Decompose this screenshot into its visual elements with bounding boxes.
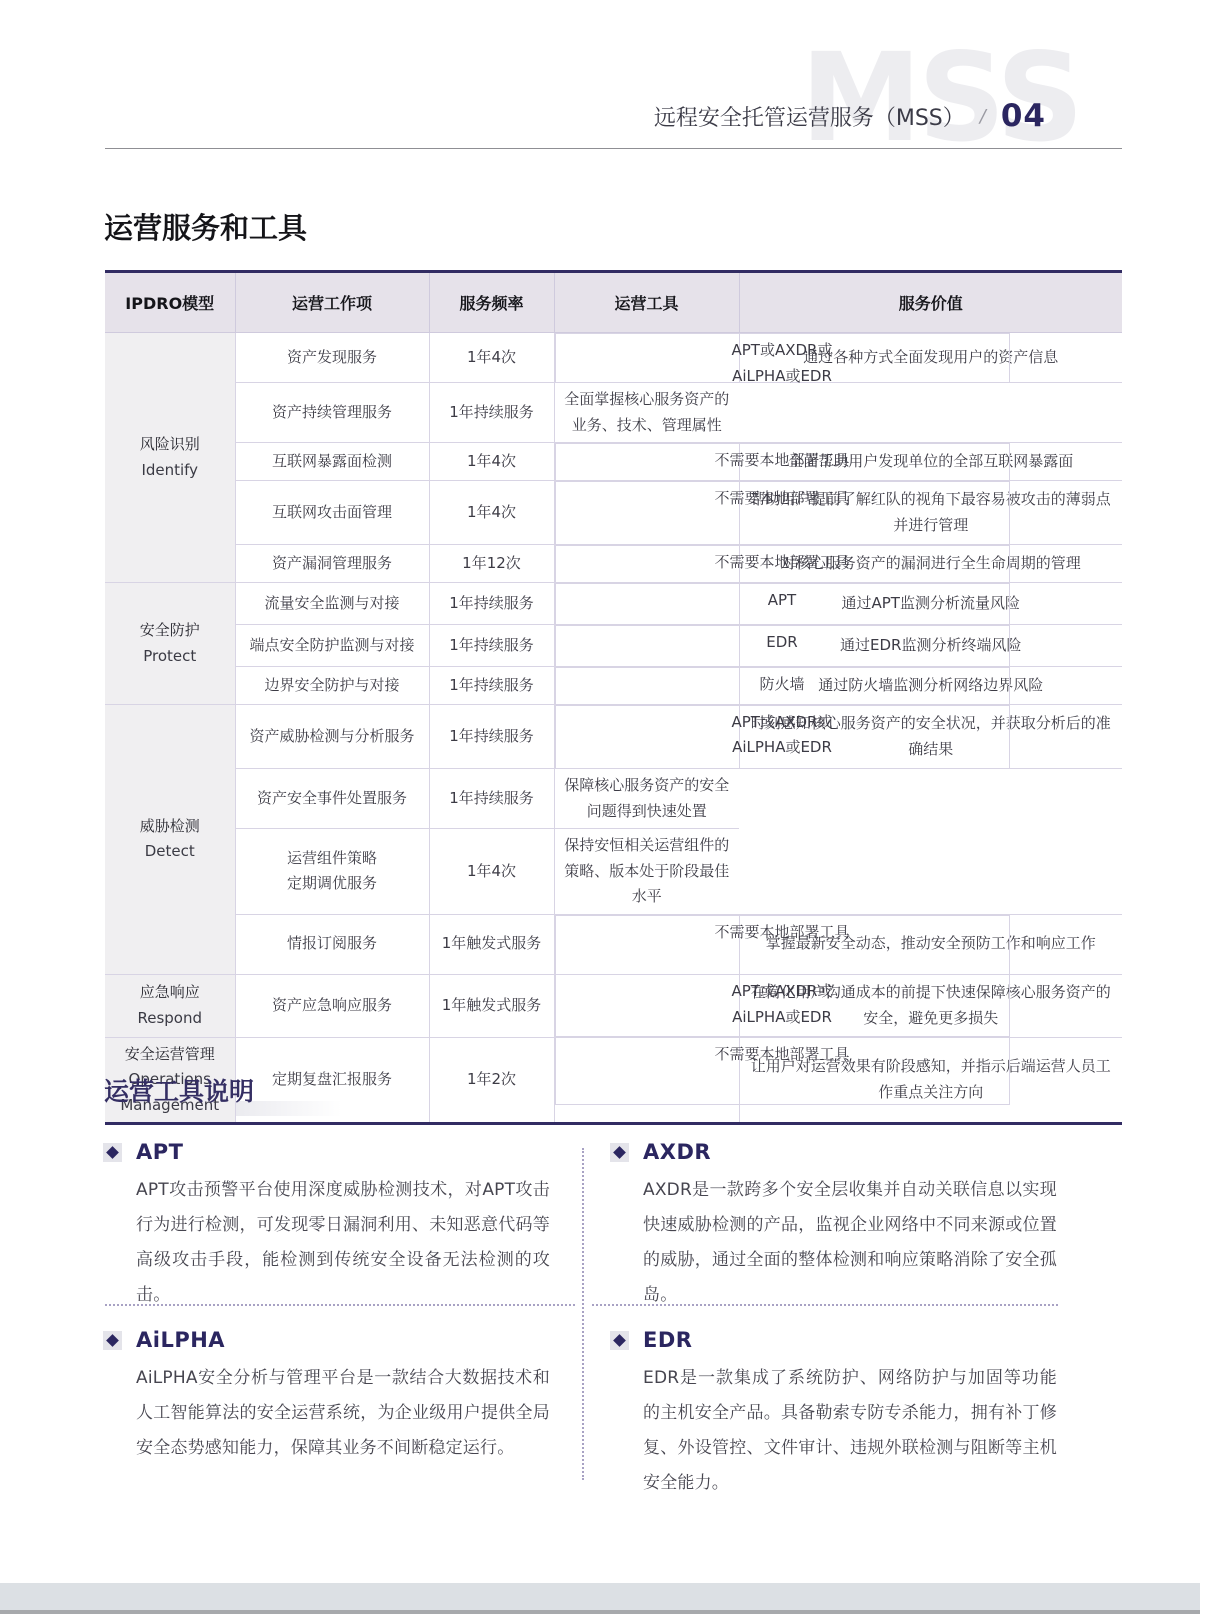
table-row: 资产漏洞管理服务 1年12次 不需要本地部署工具 对核心服务资产的漏洞进行全生命… bbox=[105, 545, 1122, 583]
table-row: 风险识别 Identify 资产发现服务 1年4次 APT或AXDR或 AiLP… bbox=[105, 333, 1122, 383]
col-header-freq: 服务频率 bbox=[429, 272, 554, 333]
freq-cell: 1年2次 bbox=[429, 1037, 554, 1124]
operations-table: IPDRO模型 运营工作项 服务频率 运营工具 服务价值 风险识别 Identi… bbox=[105, 270, 1122, 1125]
tool-name: APT bbox=[136, 1140, 183, 1164]
diamond-bullet-icon bbox=[610, 1331, 629, 1350]
model-cell-detect: 威胁检测 Detect bbox=[105, 705, 235, 975]
model-cell-protect: 安全防护 Protect bbox=[105, 583, 235, 705]
table-row: 情报订阅服务 1年触发式服务 不需要本地部署工具 掌握最新安全动态，推动安全预防… bbox=[105, 914, 1122, 974]
tool-block-apt: APT APT攻击预警平台使用深度威胁检测技术，对APT攻击行为进行检测，可发现… bbox=[103, 1140, 558, 1313]
item-cell: 互联网攻击面管理 bbox=[235, 481, 429, 545]
tool-block-axdr: AXDR AXDR是一款跨多个安全层收集并自动关联信息以实现快速威胁检测的产品，… bbox=[610, 1140, 1065, 1313]
item-cell: 端点安全防护监测与对接 bbox=[235, 625, 429, 667]
footer-band bbox=[0, 1583, 1200, 1614]
item-cell: 资产持续管理服务 bbox=[235, 383, 429, 443]
freq-cell: 1年持续服务 bbox=[429, 667, 554, 705]
freq-cell: 1年4次 bbox=[429, 333, 554, 383]
tool-block-ailpha: AiLPHA AiLPHA安全分析与管理平台是一款结合大数据技术和人工智能算法的… bbox=[103, 1328, 558, 1466]
item-cell: 资产漏洞管理服务 bbox=[235, 545, 429, 583]
tool-cell: 不需要本地部署工具 bbox=[555, 481, 1010, 545]
freq-cell: 1年持续服务 bbox=[429, 625, 554, 667]
tool-description: AiLPHA安全分析与管理平台是一款结合大数据技术和人工智能算法的安全运营系统，… bbox=[136, 1361, 550, 1466]
tool-cell: APT bbox=[555, 583, 1010, 625]
tool-header: APT bbox=[103, 1140, 558, 1164]
page-number: 04 bbox=[1001, 98, 1046, 134]
table-row: 安全防护 Protect 流量安全监测与对接 1年持续服务 APT 通过APT监… bbox=[105, 583, 1122, 625]
col-header-tool: 运营工具 bbox=[554, 272, 739, 333]
table-row: 安全运营管理 Operations Management 定期复盘汇报服务 1年… bbox=[105, 1037, 1122, 1124]
table-row: 端点安全防护监测与对接 1年持续服务 EDR 通过EDR监测分析终端风险 bbox=[105, 625, 1122, 667]
tool-description: APT攻击预警平台使用深度威胁检测技术，对APT攻击行为进行检测，可发现零日漏洞… bbox=[136, 1173, 550, 1313]
freq-cell: 1年4次 bbox=[429, 443, 554, 481]
table-row: 运营组件策略 定期调优服务 1年4次 保持安恒相关运营组件的策略、版本处于阶段最… bbox=[105, 829, 1122, 915]
freq-cell: 1年触发式服务 bbox=[429, 914, 554, 974]
tool-cell: 防火墙 bbox=[555, 667, 1010, 705]
tool-header: AiLPHA bbox=[103, 1328, 558, 1352]
item-cell: 边界安全防护与对接 bbox=[235, 667, 429, 705]
tool-cell: APT或AXDR或 AiLPHA或EDR bbox=[555, 705, 1010, 769]
table-row: 资产安全事件处置服务 1年持续服务 保障核心服务资产的安全问题得到快速处置 bbox=[105, 769, 1122, 829]
tool-cell: APT或AXDR或 AiLPHA或EDR bbox=[555, 333, 1010, 383]
tool-cell: 不需要本地部署工具 bbox=[555, 443, 1010, 481]
page-header: 远程安全托管运营服务（MSS） / 04 bbox=[105, 98, 1046, 134]
tool-name: EDR bbox=[643, 1328, 692, 1352]
header-divider bbox=[105, 148, 1122, 149]
item-cell: 流量安全监测与对接 bbox=[235, 583, 429, 625]
item-cell: 运营组件策略 定期调优服务 bbox=[235, 829, 429, 915]
tool-cell: 不需要本地部署工具 bbox=[555, 915, 1010, 975]
item-cell: 资产发现服务 bbox=[235, 333, 429, 383]
tool-header: AXDR bbox=[610, 1140, 1065, 1164]
table-row: 应急响应 Respond 资产应急响应服务 1年触发式服务 APT或AXDR或 … bbox=[105, 974, 1122, 1037]
tool-description: EDR是一款集成了系统防护、网络防护与加固等功能的主机安全产品。具备勒索专防专杀… bbox=[643, 1361, 1057, 1501]
tool-cell: 不需要本地部署工具 bbox=[555, 1037, 1010, 1105]
col-header-value: 服务价值 bbox=[739, 272, 1122, 333]
item-cell: 定期复盘汇报服务 bbox=[235, 1037, 429, 1124]
item-cell: 资产应急响应服务 bbox=[235, 974, 429, 1037]
freq-cell: 1年持续服务 bbox=[429, 583, 554, 625]
table-row: 互联网暴露面检测 1年4次 不需要本地部署工具 全面帮助用户发现单位的全部互联网… bbox=[105, 443, 1122, 481]
freq-cell: 1年触发式服务 bbox=[429, 974, 554, 1037]
header-title: 远程安全托管运营服务（MSS） bbox=[654, 101, 965, 132]
vertical-dotted-divider bbox=[582, 1148, 584, 1480]
tool-name: AiLPHA bbox=[136, 1328, 225, 1352]
model-cell-respond: 应急响应 Respond bbox=[105, 974, 235, 1037]
freq-cell: 1年持续服务 bbox=[429, 705, 554, 769]
tool-cell: APT或AXDR或 AiLPHA或EDR bbox=[555, 974, 1010, 1037]
col-header-model: IPDRO模型 bbox=[105, 272, 235, 333]
tool-cell: 不需要本地部署工具 bbox=[555, 545, 1010, 583]
item-cell: 资产威胁检测与分析服务 bbox=[235, 705, 429, 769]
model-cell-identify: 风险识别 Identify bbox=[105, 333, 235, 583]
col-header-item: 运营工作项 bbox=[235, 272, 429, 333]
table-row: 资产持续管理服务 1年持续服务 全面掌握核心服务资产的业务、技术、管理属性 bbox=[105, 383, 1122, 443]
section-title-services: 运营服务和工具 bbox=[104, 206, 307, 247]
header-separator: / bbox=[980, 106, 986, 127]
table-row: 互联网攻击面管理 1年4次 不需要本地部署工具 帮助用户提前了解红队的视角下最容… bbox=[105, 481, 1122, 545]
page: MSS 远程安全托管运营服务（MSS） / 04 运营服务和工具 IPDRO模型… bbox=[0, 0, 1226, 1614]
freq-cell: 1年持续服务 bbox=[429, 769, 554, 829]
diamond-bullet-icon bbox=[610, 1143, 629, 1162]
section-title-tools: 运营工具说明 bbox=[104, 1072, 254, 1108]
item-cell: 情报订阅服务 bbox=[235, 914, 429, 974]
value-cell: 全面掌握核心服务资产的业务、技术、管理属性 bbox=[554, 383, 739, 443]
freq-cell: 1年12次 bbox=[429, 545, 554, 583]
tool-name: AXDR bbox=[643, 1140, 711, 1164]
freq-cell: 1年4次 bbox=[429, 829, 554, 915]
tool-cell: EDR bbox=[555, 625, 1010, 667]
table-row: 边界安全防护与对接 1年持续服务 防火墙 通过防火墙监测分析网络边界风险 bbox=[105, 667, 1122, 705]
table-row: 威胁检测 Detect 资产威胁检测与分析服务 1年持续服务 APT或AXDR或… bbox=[105, 705, 1122, 769]
diamond-bullet-icon bbox=[103, 1331, 122, 1350]
diamond-bullet-icon bbox=[103, 1143, 122, 1162]
item-cell: 互联网暴露面检测 bbox=[235, 443, 429, 481]
tool-block-edr: EDR EDR是一款集成了系统防护、网络防护与加固等功能的主机安全产品。具备勒索… bbox=[610, 1328, 1065, 1501]
table-header-row: IPDRO模型 运营工作项 服务频率 运营工具 服务价值 bbox=[105, 272, 1122, 333]
freq-cell: 1年持续服务 bbox=[429, 383, 554, 443]
value-cell: 保持安恒相关运营组件的策略、版本处于阶段最佳水平 bbox=[554, 829, 739, 915]
value-cell: 保障核心服务资产的安全问题得到快速处置 bbox=[554, 769, 739, 829]
tool-description: AXDR是一款跨多个安全层收集并自动关联信息以实现快速威胁检测的产品，监视企业网… bbox=[643, 1173, 1057, 1313]
tool-header: EDR bbox=[610, 1328, 1065, 1352]
freq-cell: 1年4次 bbox=[429, 481, 554, 545]
item-cell: 资产安全事件处置服务 bbox=[235, 769, 429, 829]
